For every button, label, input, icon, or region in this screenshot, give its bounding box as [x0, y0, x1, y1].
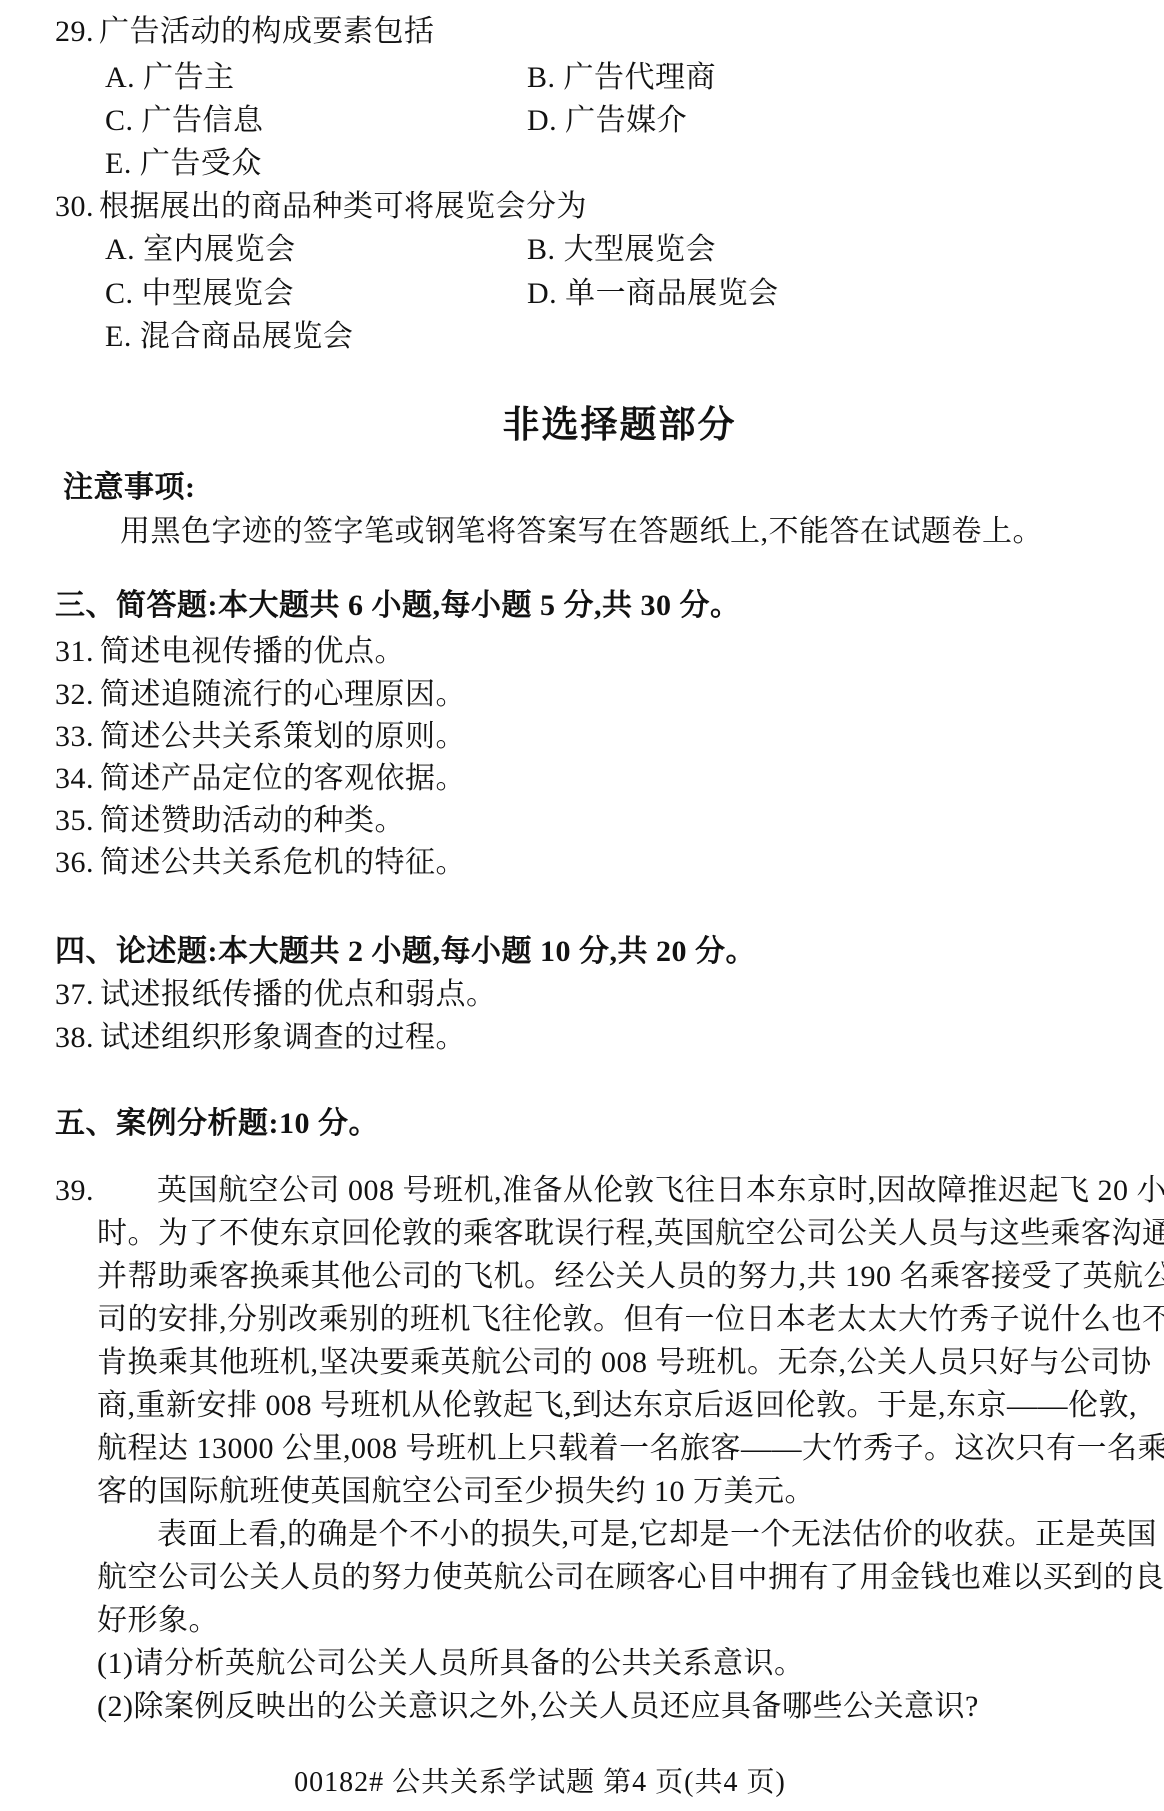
- question-29-option-c: C. 广告信息: [105, 103, 264, 139]
- case-sub-question-1: (1)请分析英航公司公关人员所具备的公共关系意识。: [97, 1646, 804, 1682]
- notice-text: 用黑色字迹的签字笔或钢笔将答案写在答题纸上,不能答在试题卷上。: [120, 514, 1043, 550]
- exam-page: 29. 广告活动的构成要素包括 A. 广告主 B. 广告代理商 C. 广告信息 …: [0, 0, 1164, 1811]
- question-38-text: 试述组织形象调查的过程。: [100, 1020, 466, 1056]
- question-31-number: 31.: [55, 634, 94, 670]
- question-39-number: 39.: [55, 1173, 94, 1209]
- case-paragraph-1-line-1: 英国航空公司 008 号班机,准备从伦敦飞往日本东京时,因故障推迟起飞 20 小: [157, 1173, 1164, 1209]
- section-4-heading: 四、论述题:本大题共 2 小题,每小题 10 分,共 20 分。: [55, 934, 756, 970]
- section-3-heading: 三、简答题:本大题共 6 小题,每小题 5 分,共 30 分。: [55, 588, 741, 624]
- question-31-text: 简述电视传播的优点。: [100, 634, 405, 670]
- section-5-heading: 五、案例分析题:10 分。: [55, 1106, 379, 1142]
- question-36-text: 简述公共关系危机的特征。: [100, 845, 466, 881]
- question-35-text: 简述赞助活动的种类。: [100, 803, 405, 839]
- question-29-stem: 广告活动的构成要素包括: [99, 14, 435, 50]
- question-30-stem: 根据展出的商品种类可将展览会分为: [99, 189, 587, 225]
- case-paragraph-1-line-2: 时。为了不使东京回伦敦的乘客耽误行程,英国航空公司公关人员与这些乘客沟通: [97, 1216, 1164, 1252]
- question-29-option-a: A. 广告主: [105, 60, 235, 96]
- question-30-number: 30.: [55, 189, 94, 225]
- question-30-option-a: A. 室内展览会: [105, 232, 296, 268]
- question-36-number: 36.: [55, 845, 94, 881]
- case-paragraph-2-line-1: 表面上看,的确是个不小的损失,可是,它却是一个无法估价的收获。正是英国: [157, 1517, 1157, 1553]
- question-32-text: 简述追随流行的心理原因。: [100, 677, 466, 713]
- case-paragraph-1-line-6: 商,重新安排 008 号班机从伦敦起飞,到达东京后返回伦敦。于是,东京——伦敦,: [97, 1388, 1137, 1424]
- question-29-number: 29.: [55, 14, 94, 50]
- question-32-number: 32.: [55, 677, 94, 713]
- question-37-number: 37.: [55, 977, 94, 1013]
- case-paragraph-1-line-3: 并帮助乘客换乘其他公司的飞机。经公关人员的努力,共 190 名乘客接受了英航公: [97, 1259, 1164, 1295]
- question-35-number: 35.: [55, 803, 94, 839]
- notice-label: 注意事项:: [63, 470, 196, 506]
- question-30-option-d: D. 单一商品展览会: [527, 276, 779, 312]
- part-heading: 非选择题部分: [0, 394, 1164, 448]
- case-paragraph-1-line-8: 客的国际航班使英国航空公司至少损失约 10 万美元。: [97, 1474, 815, 1510]
- case-paragraph-1-line-7: 航程达 13000 公里,008 号班机上只载着一名旅客——大竹秀子。这次只有一…: [97, 1431, 1164, 1467]
- page-footer: 00182# 公共关系学试题 第4 页(共4 页): [0, 1760, 1164, 1800]
- case-sub-question-2: (2)除案例反映出的公关意识之外,公关人员还应具备哪些公关意识?: [97, 1689, 979, 1725]
- question-33-number: 33.: [55, 719, 94, 755]
- question-29-option-d: D. 广告媒介: [527, 103, 687, 139]
- question-33-text: 简述公共关系策划的原则。: [100, 719, 466, 755]
- case-paragraph-1-line-5: 肯换乘其他班机,坚决要乘英航公司的 008 号班机。无奈,公关人员只好与公司协: [97, 1345, 1152, 1381]
- case-paragraph-1-line-4: 司的安排,分别改乘别的班机飞往伦敦。但有一位日本老太太大竹秀子说什么也不: [97, 1302, 1164, 1338]
- question-37-text: 试述报纸传播的优点和弱点。: [100, 977, 497, 1013]
- case-paragraph-2-line-2: 航空公司公关人员的努力使英航公司在顾客心目中拥有了用金钱也难以买到的良: [97, 1560, 1164, 1596]
- question-30-option-b: B. 大型展览会: [527, 232, 716, 268]
- case-paragraph-2-line-3: 好形象。: [97, 1603, 219, 1639]
- question-30-option-c: C. 中型展览会: [105, 276, 294, 312]
- question-30-option-e: E. 混合商品展览会: [105, 319, 353, 355]
- question-29-option-e: E. 广告受众: [105, 146, 262, 182]
- question-38-number: 38.: [55, 1020, 94, 1056]
- question-34-text: 简述产品定位的客观依据。: [100, 761, 466, 797]
- question-34-number: 34.: [55, 761, 94, 797]
- question-29-option-b: B. 广告代理商: [527, 60, 716, 96]
